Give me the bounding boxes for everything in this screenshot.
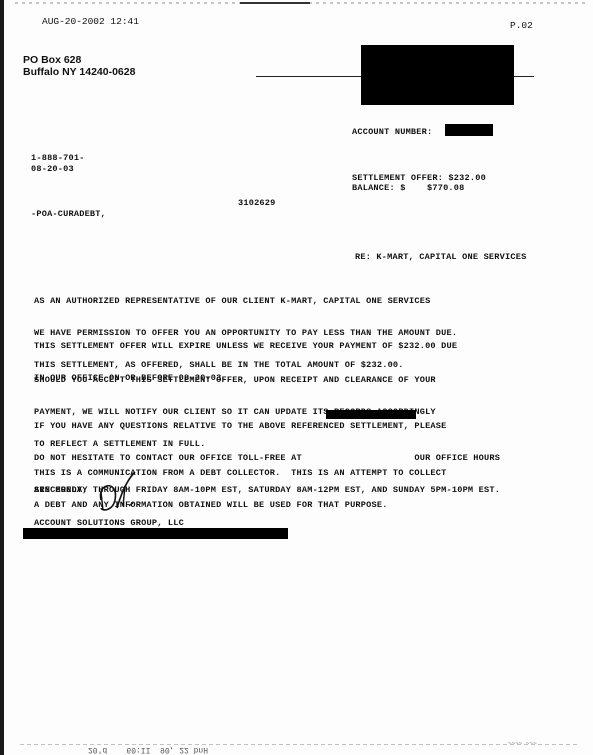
- fax-footer-mirrored: 20'd 60:II 90, 22 bnH: [88, 745, 208, 754]
- phone-number: 1-888-701-: [31, 153, 85, 163]
- fax-timestamp: AUG-20-2002 12:41: [42, 16, 139, 27]
- redacted-account-number: [445, 124, 493, 136]
- letter-date: 08-20-03: [31, 164, 74, 174]
- company-name: ACCOUNT SOLUTIONS GROUP, LLC: [34, 518, 184, 528]
- text-line: IF YOU HAVE ANY QUESTIONS RELATIVE TO TH…: [34, 421, 500, 432]
- fax-header-noise-bar: [240, 2, 310, 4]
- recipient-name: -POA-CURADEBT,: [31, 209, 106, 219]
- balance: BALANCE: $ $770.08: [352, 183, 465, 193]
- re-line: RE: K-MART, CAPITAL ONE SERVICES: [355, 252, 526, 262]
- address-line-2: Buffalo NY 14240-0628: [23, 66, 135, 78]
- settlement-offer: SETTLEMENT OFFER: $232.00: [352, 173, 486, 183]
- fax-letter-page: AUG-20-2002 12:41 P.02 PO Box 628 Buffal…: [0, 0, 593, 755]
- closing-sincerely: SINCERELY,: [34, 485, 88, 495]
- redacted-logo-block: [361, 45, 514, 105]
- account-number-label: ACCOUNT NUMBER:: [352, 127, 432, 137]
- redacted-signer-block: [23, 528, 288, 539]
- reference-number: 3102629: [238, 198, 276, 208]
- signature-icon: [95, 470, 145, 518]
- scan-edge: [0, 0, 4, 755]
- fax-page-number: P.02: [510, 20, 533, 31]
- fax-footer-mark: ~~~~ ~~~: [508, 740, 537, 747]
- address-line-1: PO Box 628: [23, 54, 135, 66]
- redacted-phone-number: [326, 410, 416, 419]
- text-line: THIS SETTLEMENT OFFER WILL EXPIRE UNLESS…: [34, 341, 457, 352]
- text-line: SHOULD YOU ACCEPT THIS SETTLEMENT OFFER,…: [34, 375, 436, 386]
- sender-address: PO Box 628 Buffalo NY 14240-0628: [23, 54, 135, 78]
- text-line: AS AN AUTHORIZED REPRESENTATIVE OF OUR C…: [34, 296, 457, 307]
